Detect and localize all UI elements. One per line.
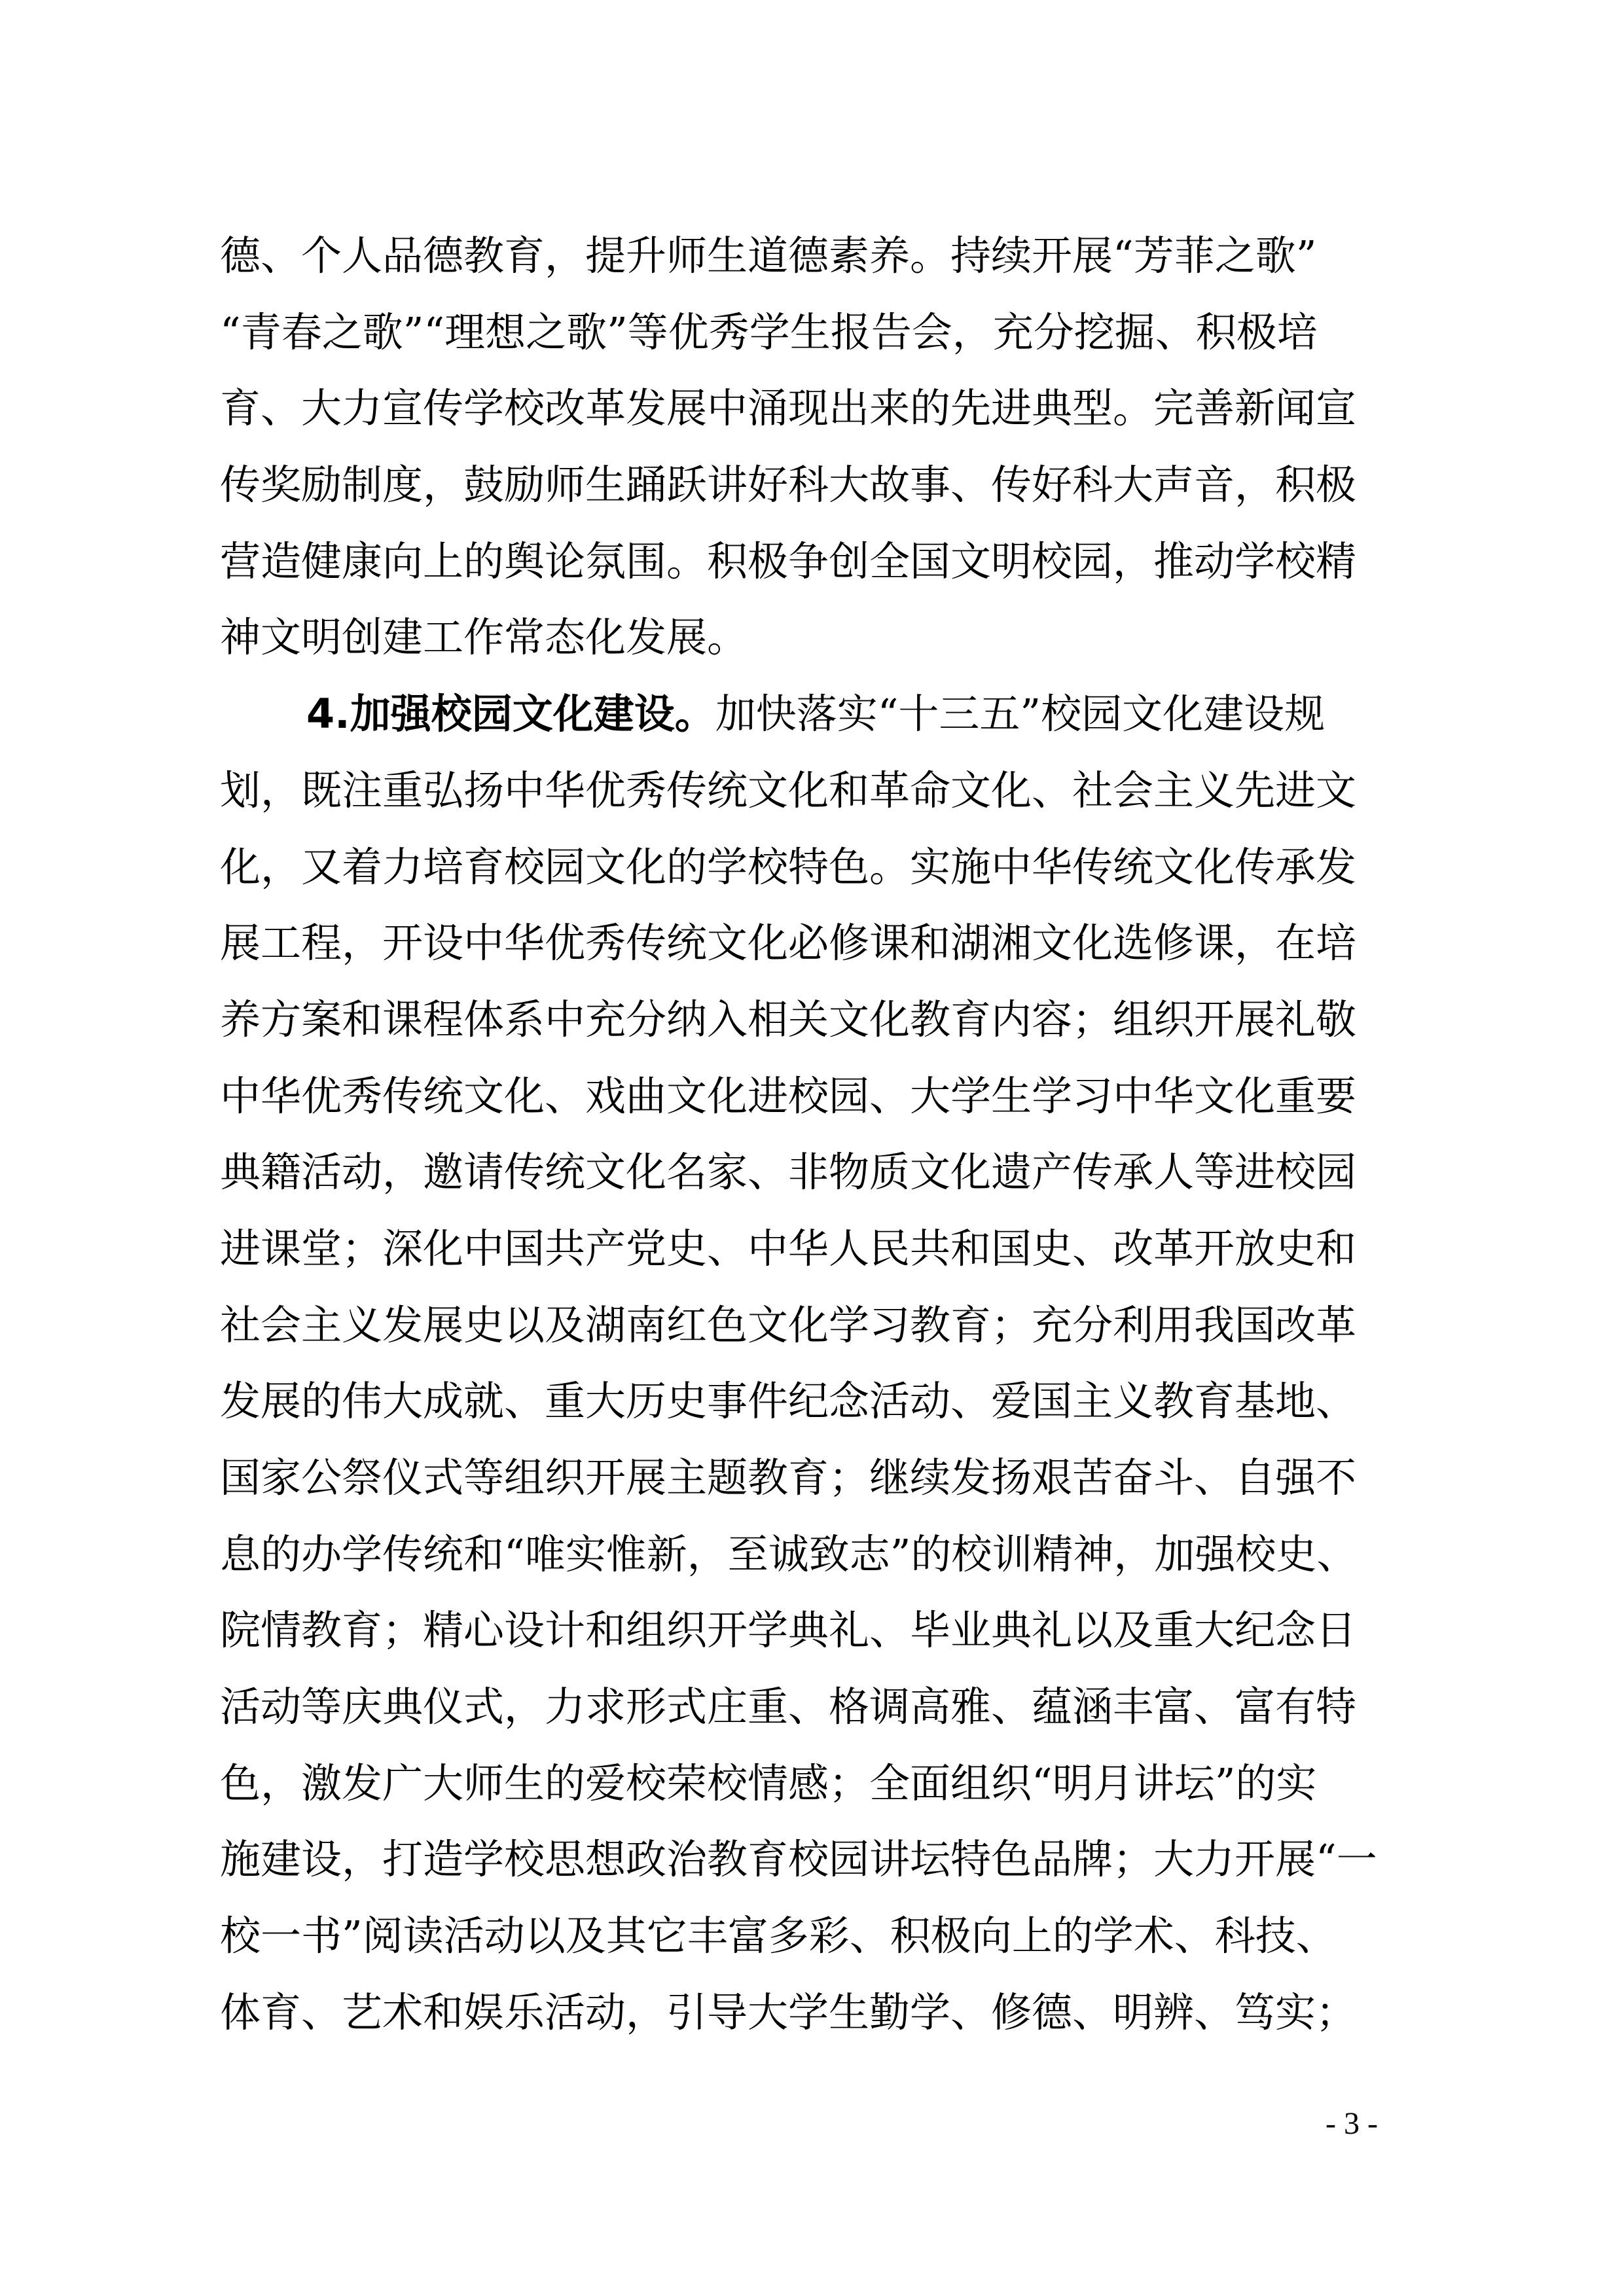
text-line: 体育、艺术和娱乐活动，引导大学生勤学、修德、明辨、笃实； bbox=[220, 1981, 1424, 2058]
text-line: 校一书”阅读活动以及其它丰富多彩、积极向上的学术、科技、 bbox=[220, 1905, 1424, 1981]
text-line: 色，激发广大师生的爱校荣校情感；全面组织“明月讲坛”的实 bbox=[220, 1752, 1424, 1829]
body-text: 德、个人品德教育，提升师生道德素养。持续开展“芳菲之歌” “青春之歌”“理想之歌… bbox=[220, 224, 1424, 2058]
text-line: 施建设，打造学校思想政治教育校园讲坛特色品牌；大力开展“一 bbox=[220, 1828, 1424, 1905]
text-line: “青春之歌”“理想之歌”等优秀学生报告会，充分挖掘、积极培 bbox=[220, 301, 1424, 378]
text-line: 德、个人品德教育，提升师生道德素养。持续开展“芳菲之歌” bbox=[220, 224, 1424, 301]
text-line: 育、大力宣传学校改革发展中涌现出来的先进典型。完善新闻宣 bbox=[220, 377, 1424, 454]
text-line: 展工程，开设中华优秀传统文化必修课和湖湘文化选修课，在培 bbox=[220, 912, 1424, 988]
page-number: - 3 - bbox=[1326, 2104, 1430, 2144]
text-line: 院情教育；精心设计和组织开学典礼、毕业典礼以及重大纪念日 bbox=[220, 1599, 1424, 1676]
text-line: 化，又着力培育校园文化的学校特色。实施中华传统文化传承发 bbox=[220, 836, 1424, 912]
text-line: 养方案和课程体系中充分纳入相关文化教育内容；组织开展礼敬 bbox=[220, 988, 1424, 1065]
section-heading: 4.加强校园文化建设。 bbox=[306, 690, 715, 738]
section-text: 加快落实“十三五”校园文化建设规 bbox=[715, 690, 1325, 738]
text-line: 发展的伟大成就、重大历史事件纪念活动、爱国主义教育基地、 bbox=[220, 1370, 1424, 1446]
document-page: 德、个人品德教育，提升师生道德素养。持续开展“芳菲之歌” “青春之歌”“理想之歌… bbox=[0, 0, 1624, 2296]
text-line: 中华优秀传统文化、戏曲文化进校园、大学生学习中华文化重要 bbox=[220, 1065, 1424, 1141]
text-line: 活动等庆典仪式，力求形式庄重、格调高雅、蕴涵丰富、富有特 bbox=[220, 1676, 1424, 1752]
text-line: 神文明创建工作常态化发展。 bbox=[220, 606, 1424, 683]
text-line: 营造健康向上的舆论氛围。积极争创全国文明校园，推动学校精 bbox=[220, 530, 1424, 607]
text-line: 国家公祭仪式等组织开展主题教育；继续发扬艰苦奋斗、自强不 bbox=[220, 1446, 1424, 1523]
text-line: 典籍活动，邀请传统文化名家、非物质文化遗产传承人等进校园 bbox=[220, 1141, 1424, 1217]
section-4-first-line: 4.加强校园文化建设。加快落实“十三五”校园文化建设规 bbox=[220, 683, 1424, 759]
text-line: 划，既注重弘扬中华优秀传统文化和革命文化、社会主义先进文 bbox=[220, 759, 1424, 836]
text-line: 传奖励制度，鼓励师生踊跃讲好科大故事、传好科大声音，积极 bbox=[220, 454, 1424, 530]
text-line: 社会主义发展史以及湖南红色文化学习教育；充分利用我国改革 bbox=[220, 1294, 1424, 1371]
text-line: 息的办学传统和“唯实惟新，至诚致志”的校训精神，加强校史、 bbox=[220, 1523, 1424, 1600]
text-line: 进课堂；深化中国共产党史、中华人民共和国史、改革开放史和 bbox=[220, 1217, 1424, 1294]
